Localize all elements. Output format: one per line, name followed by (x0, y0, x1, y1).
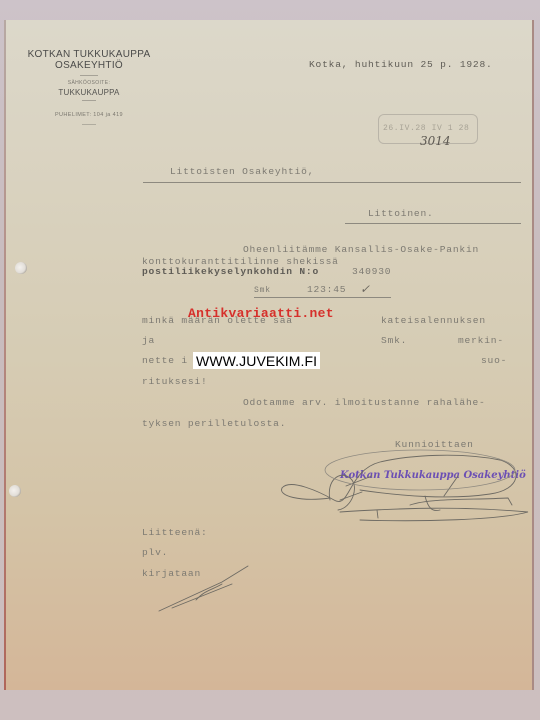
body-line5a: nette i (142, 355, 188, 366)
received-stamp-date: 26.IV.28 IV 1 28 (383, 124, 469, 133)
body-line5b: suo- (481, 355, 507, 366)
amount-rule (254, 297, 391, 298)
body-line8: tyksen perilletulosta. (142, 418, 286, 429)
check-mark: ✓ (360, 282, 370, 296)
body-line7: Odotamme arv. ilmoitustanne rahalähe- (243, 397, 486, 408)
letterhead-telegraph-label: SÄHKÖOSOITE: (24, 80, 154, 86)
punch-hole-top (15, 262, 27, 274)
received-stamp-number: 3014 (420, 134, 451, 148)
company-stamp: Kotkan Tukkukauppa Osakeyhtiö (340, 470, 526, 481)
punch-hole-bottom (9, 485, 21, 497)
letterhead-company-line2: OSAKEYHTIÖ (24, 60, 154, 71)
body-line3b: kateisalennuksen (381, 315, 486, 326)
attachments-label: Liitteenä: (142, 527, 208, 538)
letterhead-divider (82, 124, 96, 125)
place-date: Kotka, huhtikuun 25 p. 1928. (309, 59, 493, 70)
body-line1: Oheenliitämme Kansallis-Osake-Pankin (243, 244, 479, 255)
body-line4b: Smk. (381, 335, 407, 346)
body-number: 340930 (352, 266, 391, 277)
watermark-antikvariaatti: Antikvariaatti.net (188, 306, 334, 321)
attachment-item-1: plv. (142, 547, 168, 558)
watermark-juvekim: WWW.JUVEKIM.FI (193, 352, 320, 369)
recipient-name: Littoisten Osakeyhtiö, (170, 166, 314, 177)
letterhead-divider (80, 75, 98, 76)
letterhead-telegraph-name: TUKKUKAUPPA (24, 88, 154, 97)
recipient-place-rule (345, 223, 521, 224)
attachment-item-2: kirjataan (142, 568, 201, 579)
amount-label: Smk (254, 286, 271, 295)
closing-salutation: Kunnioittaen (395, 439, 474, 450)
amount-value: 123:45 (307, 284, 346, 295)
letterhead-phones: PUHELIMET: 104 ja 419 (24, 112, 154, 118)
body-line6: rituksesi! (142, 376, 208, 387)
body-line4c: merkin- (458, 335, 504, 346)
recipient-place: Littoinen. (368, 208, 434, 219)
body-line2b: postiliikekyselynkohdin N:o (142, 266, 319, 277)
letterhead-divider (82, 100, 96, 101)
body-line4a: ja (142, 335, 155, 346)
letterhead-company-line1: KOTKAN TUKKUKAUPPA (24, 49, 154, 60)
recipient-rule (143, 182, 521, 183)
